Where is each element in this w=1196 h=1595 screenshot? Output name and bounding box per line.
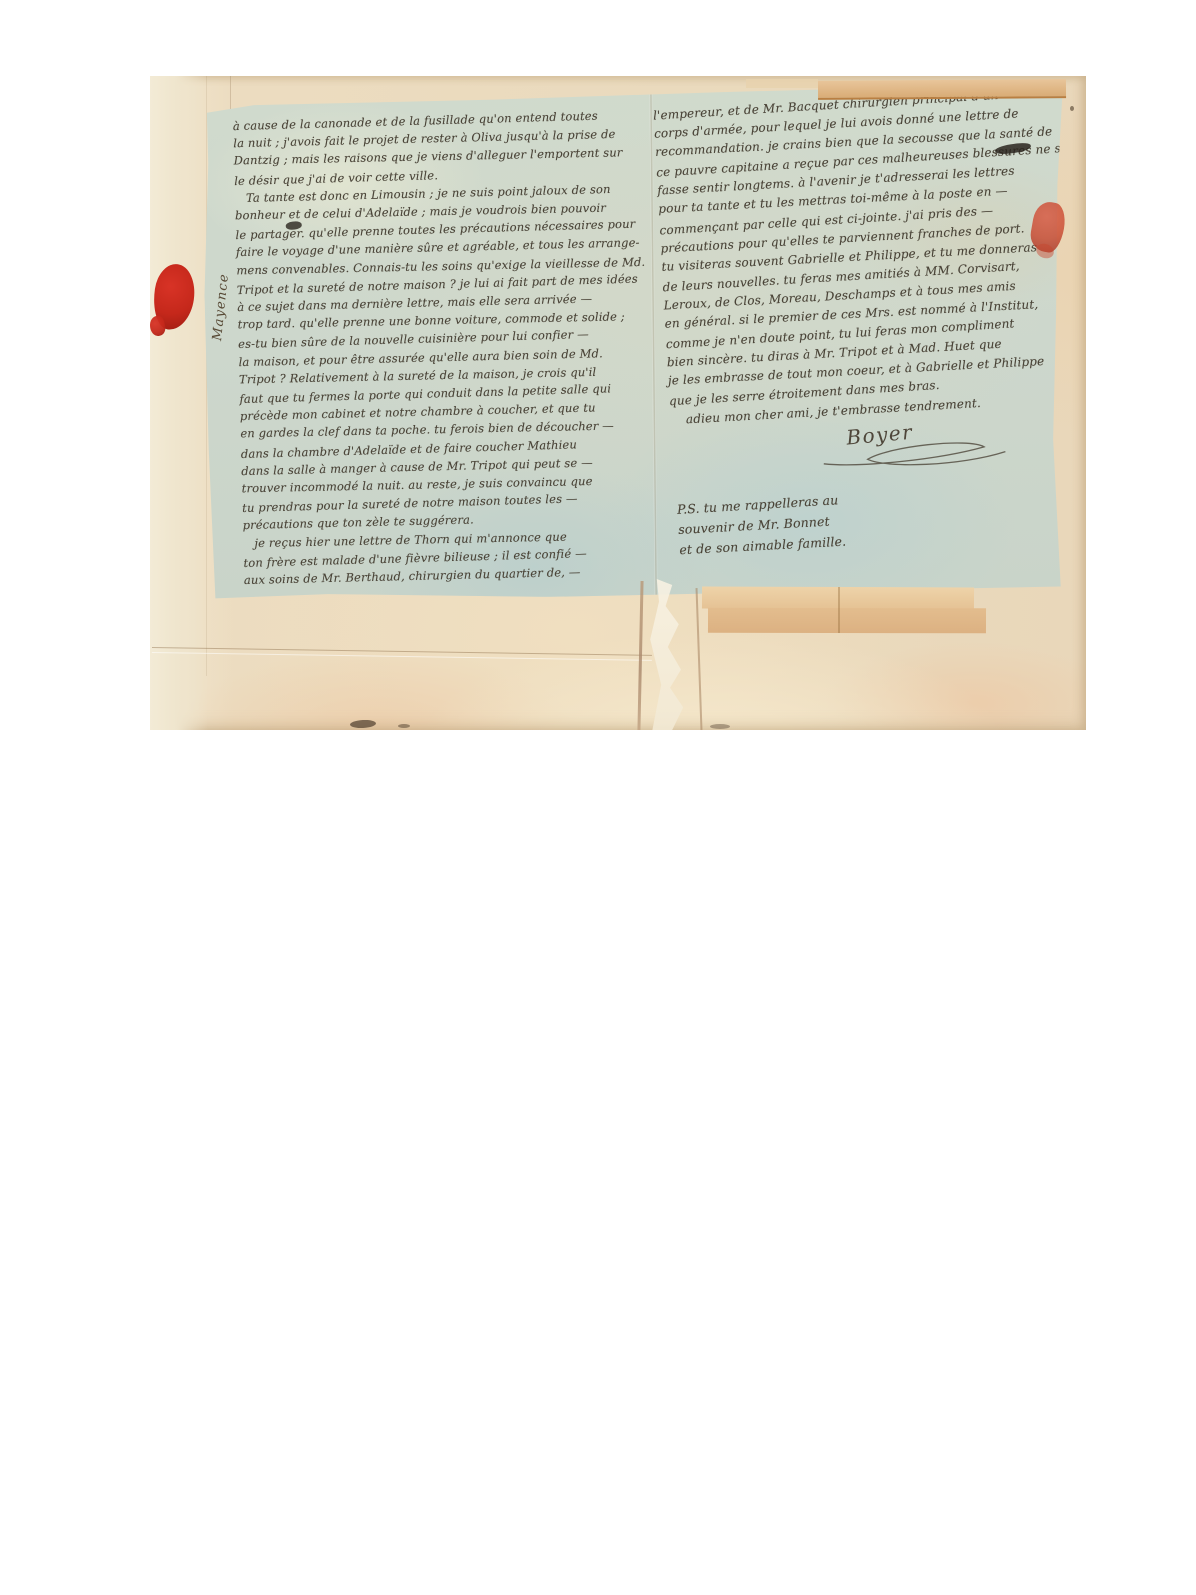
page-gutter-crease: [696, 588, 703, 730]
repair-tape: [746, 79, 818, 88]
postscript: P.S. tu me rappelleras ausouvenir de Mr.…: [676, 475, 1079, 560]
paper-stain: [350, 719, 376, 728]
signature-boyer: Boyer: [845, 419, 914, 449]
page-gutter-tear: [648, 579, 692, 730]
repair-tape: [818, 79, 1066, 100]
letter-right-page: l'empereur, et de Mr. Bacquet chirurgien…: [653, 83, 1080, 560]
signature-row: Boyer: [846, 411, 1075, 474]
paper-stain: [398, 724, 410, 728]
letter-left-page: à cause de la canonade et de la fusillad…: [233, 106, 668, 589]
manuscript-scan: à cause de la canonade et de la fusillad…: [150, 76, 1086, 730]
page: { "colors": { "background": "#ffffff", "…: [0, 0, 1196, 1595]
paper-stain: [1070, 106, 1074, 111]
album-page-left-edge: [150, 76, 208, 730]
paper-stain: [710, 724, 730, 729]
repair-tape: [708, 608, 986, 633]
letter-sheet: à cause de la canonade et de la fusillad…: [202, 84, 1067, 601]
letter-right-page-lines: l'empereur, et de Mr. Bacquet chirurgien…: [653, 83, 1072, 430]
repair-tape-seam: [838, 587, 840, 633]
fold-crease: [152, 647, 652, 661]
